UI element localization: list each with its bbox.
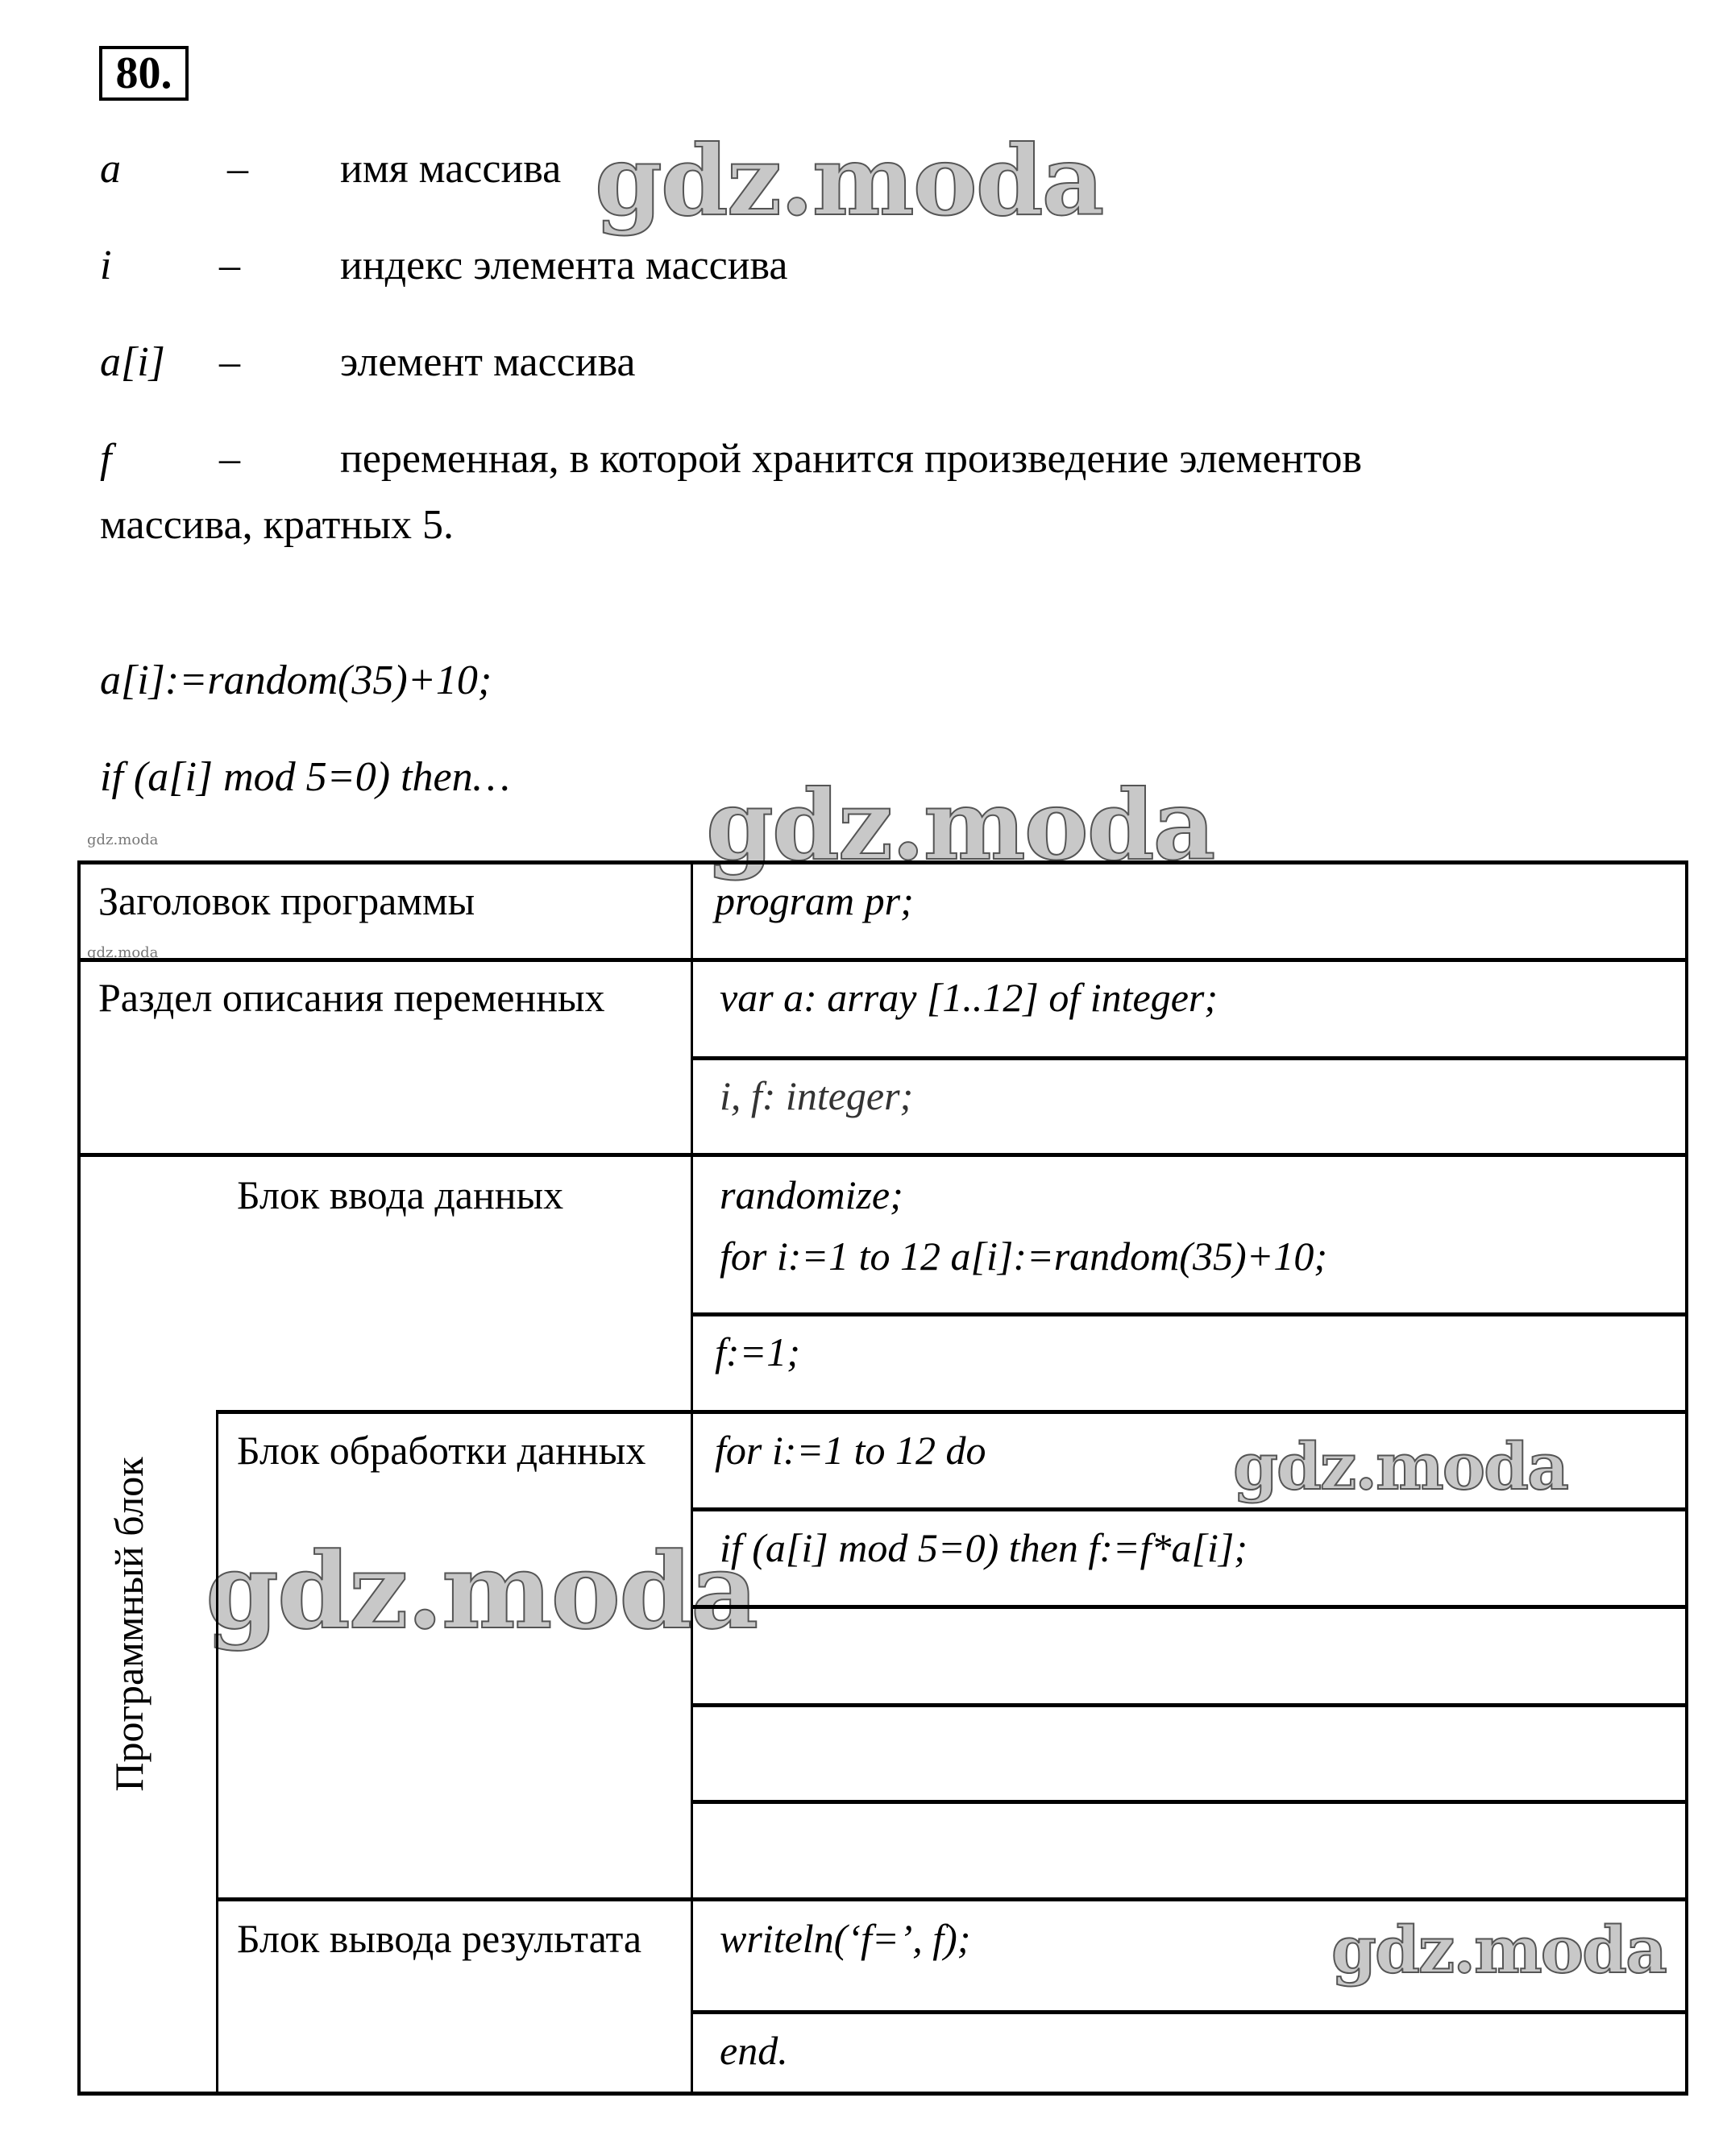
definition-symbol: a <box>100 145 121 193</box>
row-label-input: Блок ввода данных <box>237 1164 563 1225</box>
definition-description: имя массива <box>340 145 561 193</box>
watermark: gdz.moda <box>1331 1913 1666 1986</box>
table-border <box>1685 860 1688 2095</box>
table-row-divider <box>216 1897 1688 1901</box>
task-number: 80. <box>99 46 189 101</box>
definition-dash: – <box>219 242 240 290</box>
definition-description: индекс элемента массива <box>340 242 787 290</box>
definition-dash: – <box>219 435 240 483</box>
definition-symbol: f <box>100 435 111 483</box>
code-line-divider <box>691 2010 1688 2014</box>
code-cell: var a: array [1..12] of integer; <box>720 967 1218 1028</box>
watermark-small: gdz.moda <box>87 831 158 848</box>
definition-continuation: массива, кратных 5. <box>100 501 454 549</box>
definition-symbol: i <box>100 242 111 290</box>
table-column-divider <box>691 860 693 2095</box>
code-cell: end. <box>720 2020 788 2081</box>
code-cell: f:=1; <box>715 1321 800 1383</box>
row-label-output: Блок вывода результата <box>237 1908 672 1969</box>
code-cell: writeln(‘f=’, f); <box>720 1908 970 1969</box>
watermark: gdz.moda <box>595 129 1102 234</box>
row-label-variables: Раздел описания переменных <box>98 967 662 1028</box>
table-row-divider <box>216 1410 1688 1414</box>
definition-symbol: a[i] <box>100 338 165 387</box>
watermark: gdz.moda <box>205 1535 757 1648</box>
code-cell: if (a[i] mod 5=0) then f:=f*a[i]; <box>720 1517 1248 1578</box>
code-line-divider <box>691 1507 1688 1511</box>
row-label-header: Заголовок программы <box>98 870 475 931</box>
code-line-divider <box>691 1056 1688 1060</box>
code-line-divider <box>691 1800 1688 1804</box>
table-border <box>77 860 81 2095</box>
table-column-divider <box>216 1412 218 2095</box>
code-cell: program pr; <box>715 870 914 931</box>
table-border <box>77 2092 1688 2096</box>
code-line-divider <box>691 1312 1688 1316</box>
definition-dash: – <box>219 338 240 387</box>
hint-line: if (a[i] mod 5=0) then… <box>100 753 510 802</box>
definition-description: переменная, в которой хранится произведе… <box>340 435 1362 483</box>
definition-description: элемент массива <box>340 338 636 387</box>
table-row-divider <box>77 958 1688 962</box>
program-block-label: Программный блок <box>105 1423 153 1826</box>
hint-line: a[i]:=random(35)+10; <box>100 657 492 705</box>
code-cell: randomize; for i:=1 to 12 a[i]:=random(3… <box>720 1164 1327 1287</box>
code-line-divider <box>691 1703 1688 1707</box>
watermark: gdz.moda <box>1233 1430 1567 1503</box>
code-line-divider <box>691 1605 1688 1609</box>
table-row-divider <box>77 1153 1688 1157</box>
code-cell: i, f: integer; <box>720 1065 913 1126</box>
row-label-processing: Блок обработки данных <box>237 1420 672 1481</box>
table-border <box>77 860 1688 864</box>
code-cell: for i:=1 to 12 do <box>715 1420 986 1481</box>
definition-dash: – <box>227 145 248 193</box>
